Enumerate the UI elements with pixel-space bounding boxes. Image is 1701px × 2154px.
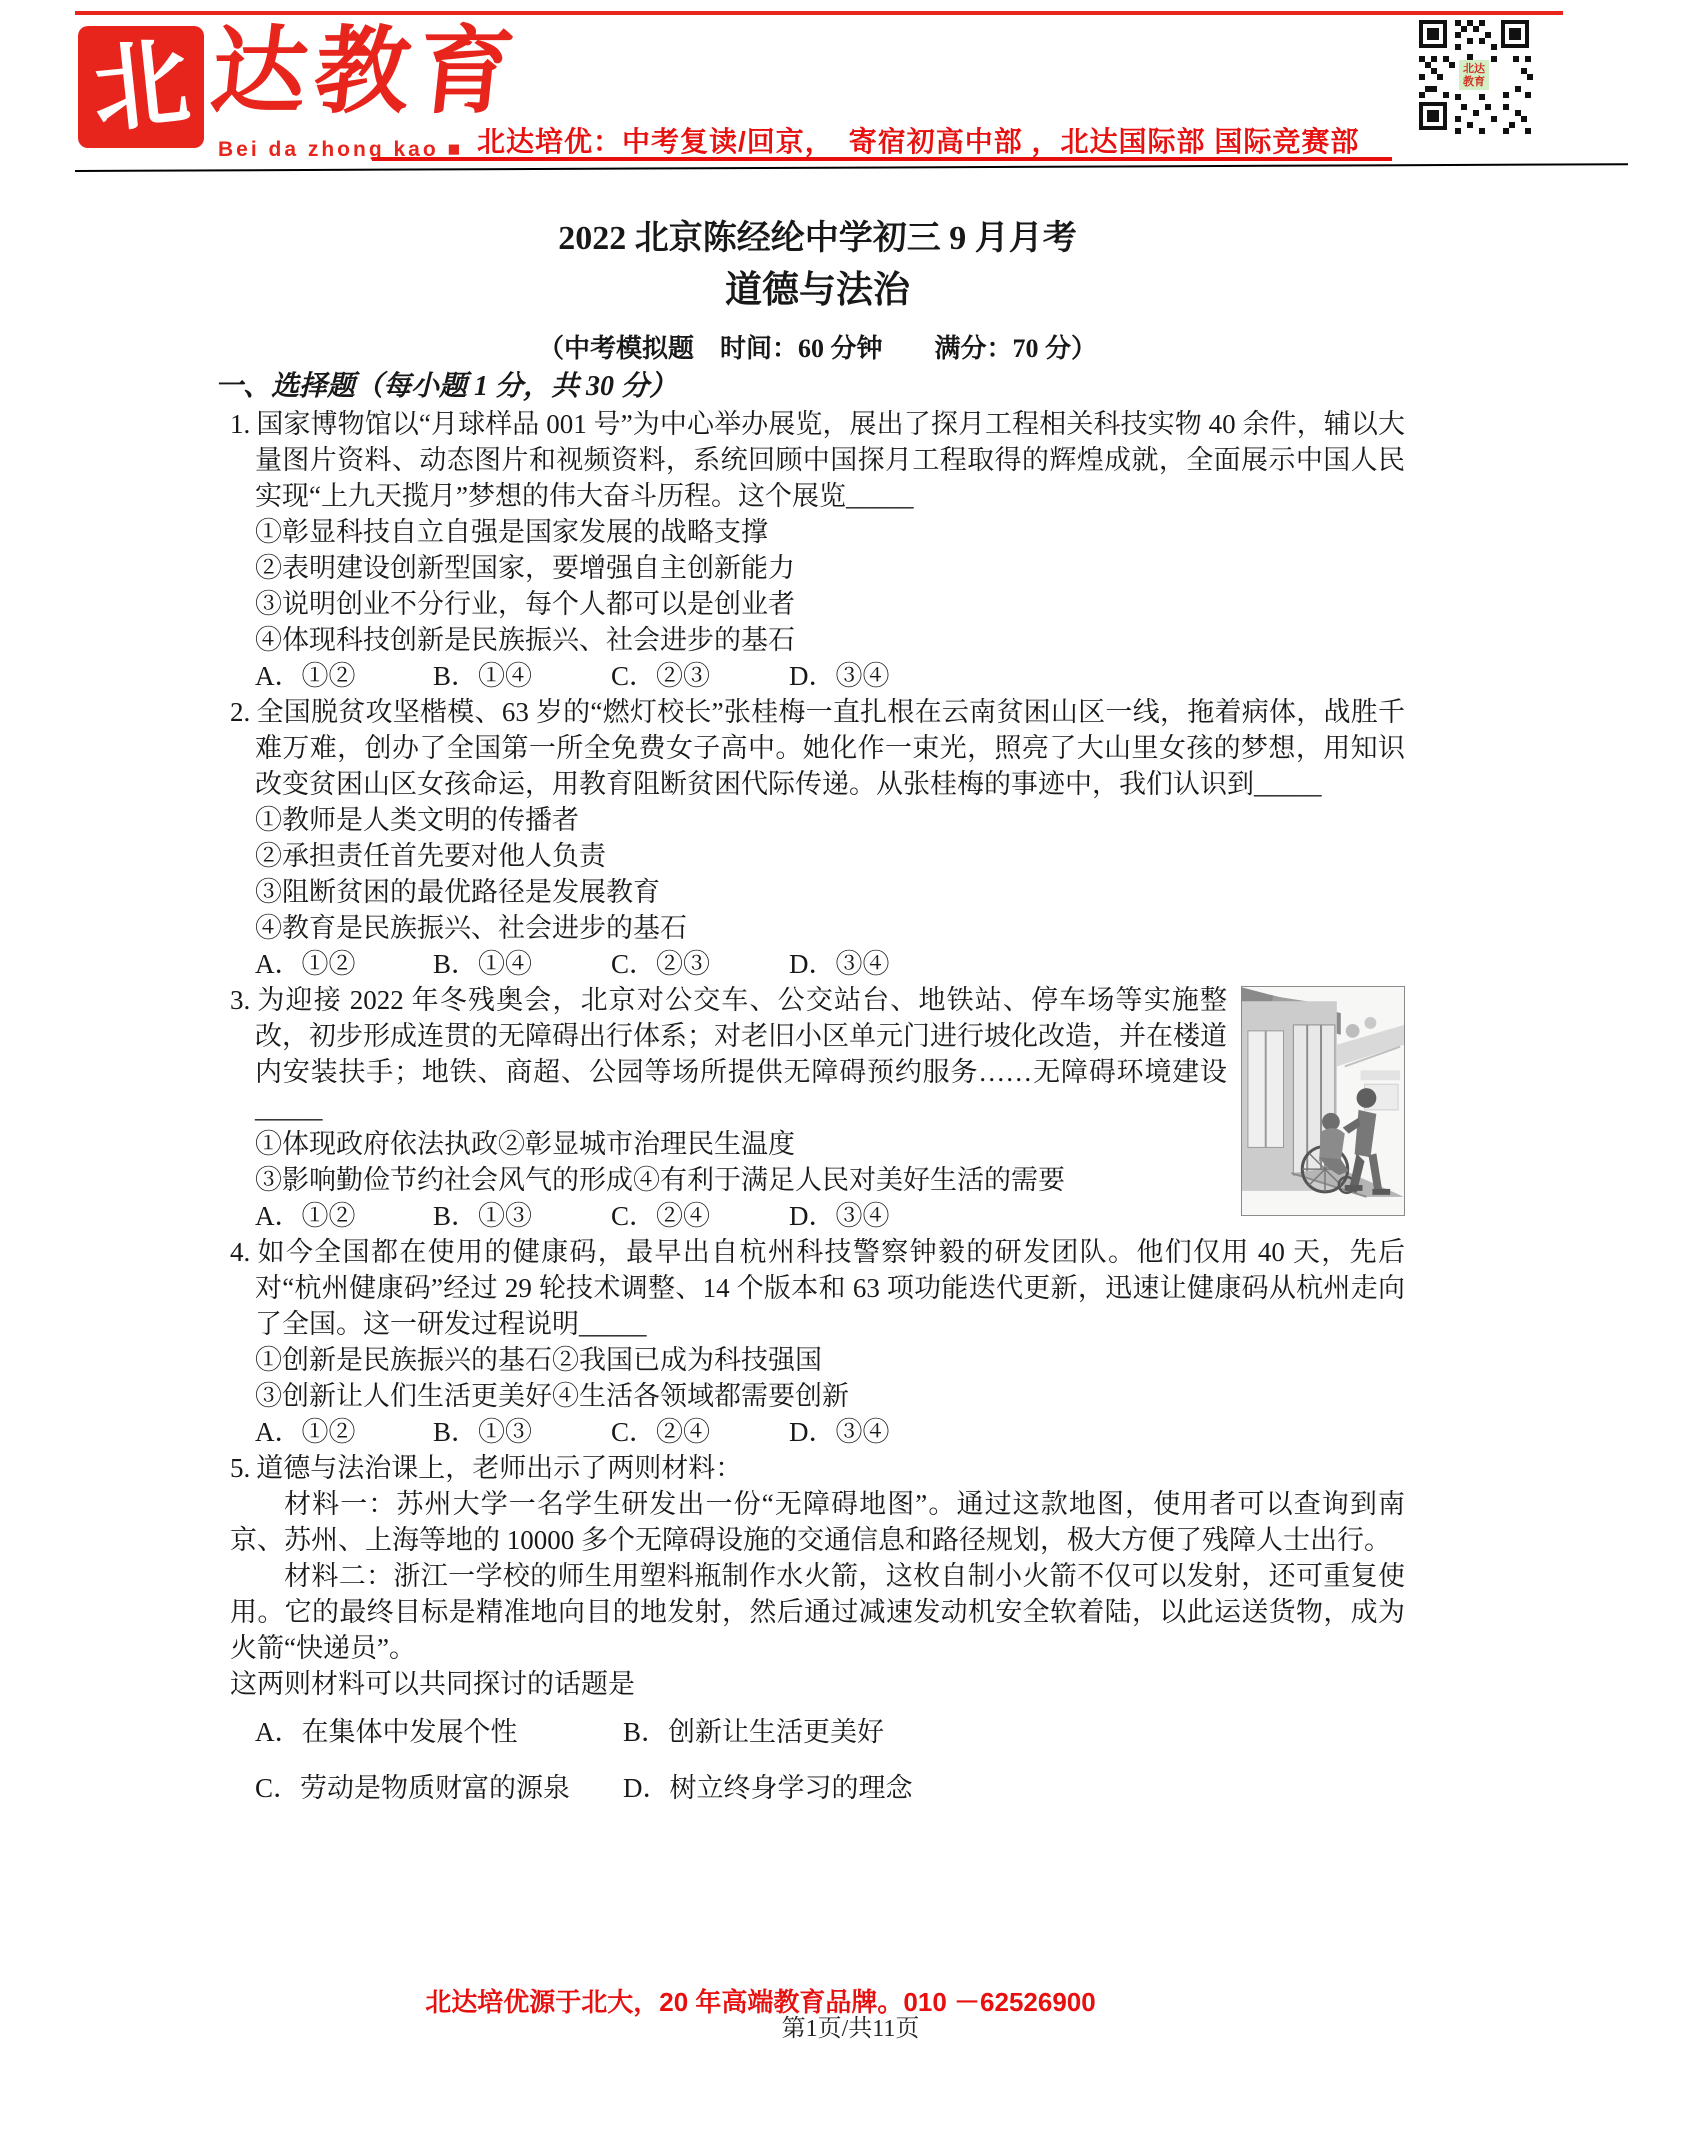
option-d: D．③④ xyxy=(789,658,967,694)
question-2: 2.全国脱贫攻坚楷模、63 岁的“燃灯校长”张桂梅一直扎根在云南贫困山区一线，拖… xyxy=(230,694,1405,982)
option-d: D．③④ xyxy=(789,946,967,982)
option-a: A．①② xyxy=(255,1414,433,1450)
statement-item: ①教师是人类文明的传播者 xyxy=(230,802,1405,838)
option-c: C．②③ xyxy=(611,658,789,694)
option-b: B．创新让生活更美好 xyxy=(623,1714,1405,1750)
question-3: 3.为迎接 2022 年冬残奥会，北京对公交车、公交站台、地铁站、停车场等实施整… xyxy=(230,982,1405,1234)
option-b: B．①④ xyxy=(433,946,611,982)
option-a: A．在集体中发展个性 xyxy=(255,1714,623,1750)
question-5: 5.道德与法治课上，老师出示了两则材料： 材料一：苏州大学一名学生研发出一份“无… xyxy=(230,1450,1405,1806)
page-number: 第1页/共11页 xyxy=(0,2008,1701,2043)
statement-item: ③创新让人们生活更美好④生活各领域都需要创新 xyxy=(230,1378,1405,1414)
banner-red-underline xyxy=(372,157,1392,161)
statement-item: ③阻断贫困的最优路径是发展教育 xyxy=(230,874,1405,910)
option-d: D．③④ xyxy=(789,1198,967,1234)
exam-subject: 道德与法治 xyxy=(230,268,1405,314)
top-red-rule xyxy=(75,11,1563,15)
exam-paper-page: 北 达教育 Bei da zhong kao ■ 北达培优：中考复读/回京， 寄… xyxy=(0,0,1701,2154)
option-a: A．①② xyxy=(255,1198,433,1234)
exam-title: 2022 北京陈经纶中学初三 9 月月考 xyxy=(230,218,1405,260)
options-row: A．①②B．①③C．②④D．③④ xyxy=(230,1198,1405,1234)
header-banner-text: 北达培优：中考复读/回京， 寄宿初高中部 ，北达国际部 国际竞赛部 xyxy=(477,120,1359,160)
statement-item: ②表明建设创新型国家，要增强自主创新能力 xyxy=(230,550,1405,586)
question-stem: 3.为迎接 2022 年冬残奥会，北京对公交车、公交站台、地铁站、停车场等实施整… xyxy=(230,982,1405,1126)
exam-meta: （中考模拟题 时间：60 分钟 满分：70 分） xyxy=(230,332,1405,366)
option-b: B．①④ xyxy=(433,658,611,694)
option-a: A．①② xyxy=(255,658,433,694)
question-stem-text: 为迎接 2022 年冬残奥会，北京对公交车、公交站台、地铁站、停车场等实施整改，… xyxy=(255,985,1227,1123)
options-row: A．①②B．①④C．②③D．③④ xyxy=(230,946,1405,982)
options-row: A．①②B．①④C．②③D．③④ xyxy=(230,658,1405,694)
qr-center-label-top: 北达 xyxy=(1463,61,1485,75)
section-header: 一、选择题（每小题 1 分，共 30 分） xyxy=(215,368,1405,406)
question-stem: 2.全国脱贫攻坚楷模、63 岁的“燃灯校长”张桂梅一直扎根在云南贫困山区一线，拖… xyxy=(230,694,1405,802)
seal-character: 北 xyxy=(88,34,194,140)
question-4: 4.如今全国都在使用的健康码，最早出自杭州科技警察钟毅的研发团队。他们仅用 40… xyxy=(230,1234,1405,1450)
question-stem: 5.道德与法治课上，老师出示了两则材料： xyxy=(230,1450,1405,1486)
option-c: C．②③ xyxy=(611,946,789,982)
header-divider-rule xyxy=(75,163,1628,172)
beida-logo-script: 达教育 xyxy=(207,20,527,125)
options-row: A．①②B．①③C．②④D．③④ xyxy=(230,1414,1405,1450)
statement-item: ③说明创业不分行业，每个人都可以是创业者 xyxy=(230,586,1405,622)
question-stem: 4.如今全国都在使用的健康码，最早出自杭州科技警察钟毅的研发团队。他们仅用 40… xyxy=(230,1234,1405,1342)
material-one: 材料一：苏州大学一名学生研发出一份“无障碍地图”。通过这款地图，使用者可以查询到… xyxy=(230,1486,1405,1558)
accessibility-illustration xyxy=(1241,986,1405,1216)
option-c: C．②④ xyxy=(611,1414,789,1450)
beida-logo-seal: 北 xyxy=(78,26,204,148)
options-grid: A．在集体中发展个性 B．创新让生活更美好 C．劳动是物质财富的源泉 D．树立终… xyxy=(230,1714,1405,1806)
option-c: C．②④ xyxy=(611,1198,789,1234)
question-number: 3. xyxy=(230,985,256,1015)
option-d: D．树立终身学习的理念 xyxy=(623,1770,1405,1806)
question-number: 2. xyxy=(230,697,256,727)
question-closing: 这两则材料可以共同探讨的话题是 xyxy=(230,1666,1405,1702)
statement-item: ①创新是民族振兴的基石②我国已成为科技强国 xyxy=(230,1342,1405,1378)
option-b: B．①③ xyxy=(433,1198,611,1234)
option-b: B．①③ xyxy=(433,1414,611,1450)
option-d: D．③④ xyxy=(789,1414,967,1450)
question-stem-text: 国家博物馆以“月球样品 001 号”为中心举办展览，展出了探月工程相关科技实物 … xyxy=(255,409,1405,511)
question-stem-text: 全国脱贫攻坚楷模、63 岁的“燃灯校长”张桂梅一直扎根在云南贫困山区一线，拖着病… xyxy=(255,697,1405,799)
qr-code: 北达 教育 xyxy=(1415,16,1533,134)
statement-item: ①体现政府依法执政②彰显城市治理民生温度 xyxy=(230,1126,1405,1162)
question-number: 4. xyxy=(230,1237,256,1267)
material-two: 材料二：浙江一学校的师生用塑料瓶制作水火箭，这枚自制小火箭不仅可以发射，还可重复… xyxy=(230,1558,1405,1666)
statement-item: ③影响勤俭节约社会风气的形成④有利于满足人民对美好生活的需要 xyxy=(230,1162,1405,1198)
statement-item: ④教育是民族振兴、社会进步的基石 xyxy=(230,910,1405,946)
question-stem-text: 如今全国都在使用的健康码，最早出自杭州科技警察钟毅的研发团队。他们仅用 40 天… xyxy=(255,1237,1405,1339)
question-number: 5. xyxy=(230,1453,256,1483)
option-c: C．劳动是物质财富的源泉 xyxy=(255,1770,623,1806)
question-number: 1. xyxy=(230,409,256,439)
question-stem: 1.国家博物馆以“月球样品 001 号”为中心举办展览，展出了探月工程相关科技实… xyxy=(230,406,1405,514)
statement-item: ②承担责任首先要对他人负责 xyxy=(230,838,1405,874)
question-1: 1.国家博物馆以“月球样品 001 号”为中心举办展览，展出了探月工程相关科技实… xyxy=(230,406,1405,694)
question-stem-text: 道德与法治课上，老师出示了两则材料： xyxy=(256,1453,742,1483)
statement-item: ④体现科技创新是民族振兴、社会进步的基石 xyxy=(230,622,1405,658)
option-a: A．①② xyxy=(255,946,433,982)
statement-item: ①彰显科技自立自强是国家发展的战略支撑 xyxy=(230,514,1405,550)
exam-content: 2022 北京陈经纶中学初三 9 月月考 道德与法治 （中考模拟题 时间：60 … xyxy=(230,218,1405,1806)
qr-center-label-bottom: 教育 xyxy=(1462,74,1485,88)
